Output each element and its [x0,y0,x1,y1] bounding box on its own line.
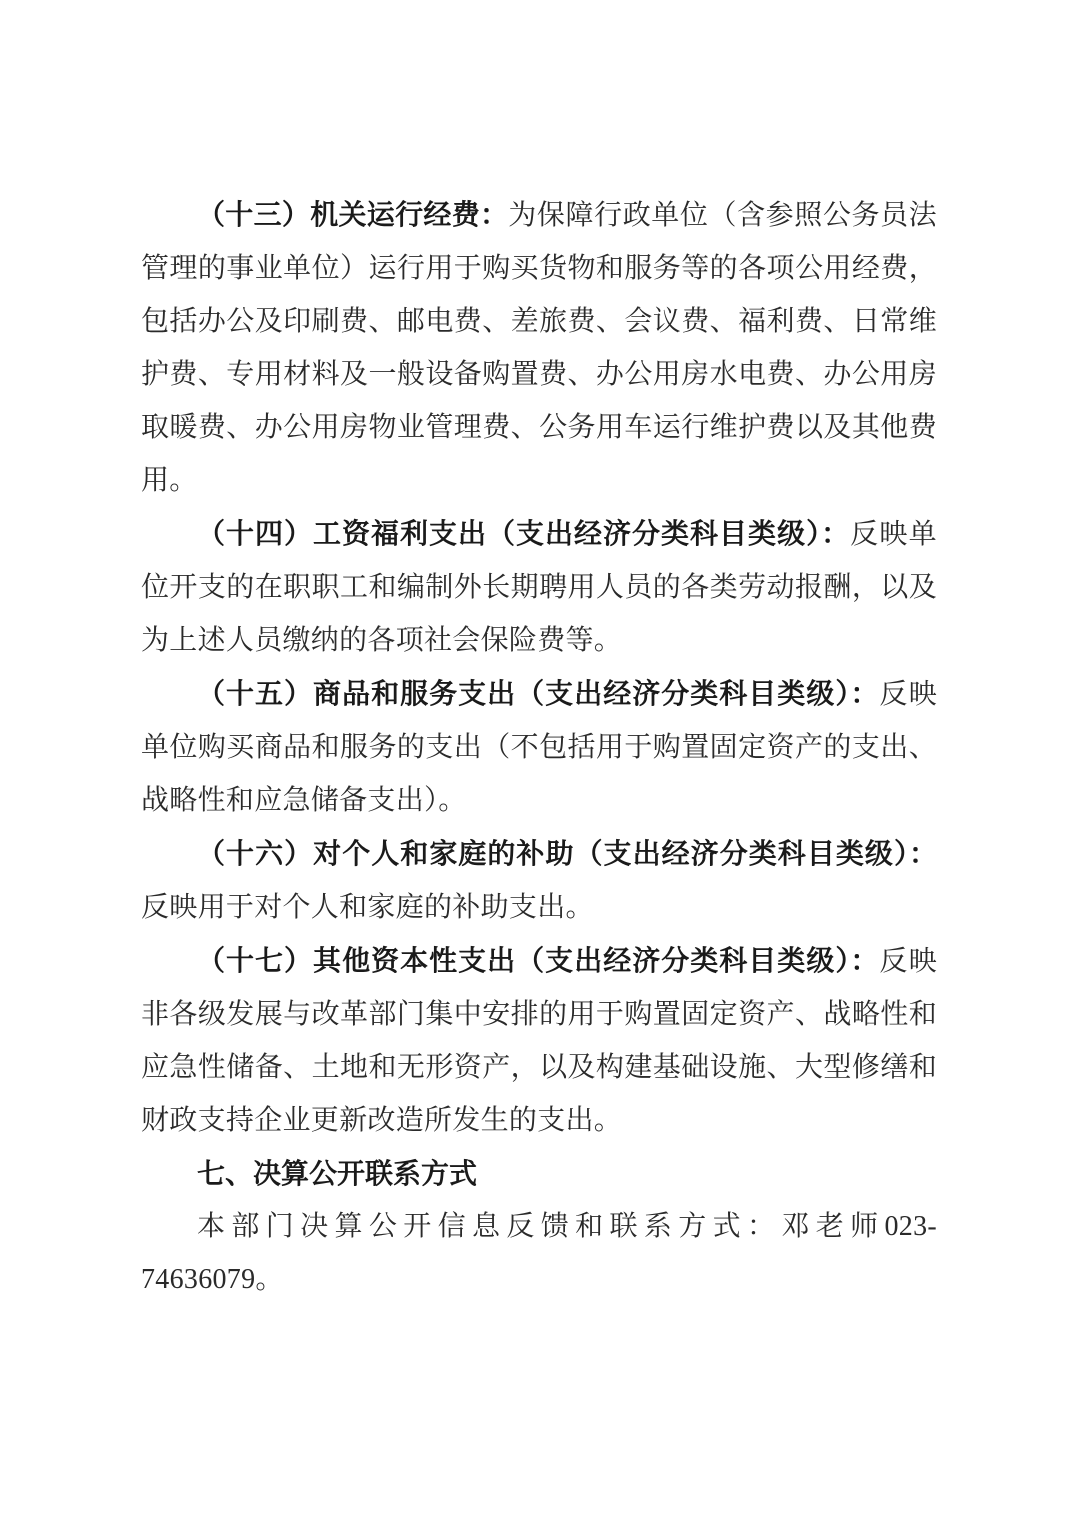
document-page: （十三）机关运行经费：为保障行政单位（含参照公务员法管理的事业单位）运行用于购买… [0,0,1074,1520]
paragraph-item-13-term: （十三）机关运行经费： [197,199,508,230]
paragraph-item-17: （十七）其他资本性支出（支出经济分类科目类级）：反映非各级发展与改革部门集中安排… [141,934,937,1147]
paragraph-item-14: （十四）工资福利支出（支出经济分类科目类级）：反映单位开支的在职职工和编制外长期… [141,507,937,667]
paragraph-item-15: （十五）商品和服务支出（支出经济分类科目类级）：反映单位购买商品和服务的支出（不… [141,667,937,827]
contact-paragraph: 本部门决算公开信息反馈和联系方式：邓老师023-74636079。 [141,1200,937,1306]
section-heading: 七、决算公开联系方式 [141,1147,937,1200]
document-content: （十三）机关运行经费：为保障行政单位（含参照公务员法管理的事业单位）运行用于购买… [141,188,937,1306]
paragraph-item-16: （十六）对个人和家庭的补助（支出经济分类科目类级）：反映用于对个人和家庭的补助支… [141,827,937,934]
paragraph-item-13-text: 为保障行政单位（含参照公务员法管理的事业单位）运行用于购买货物和服务等的各项公用… [141,200,937,496]
contact-period: 。 [255,1264,283,1295]
paragraph-item-17-term: （十七）其他资本性支出（支出经济分类科目类级）： [197,945,879,976]
paragraph-item-16-text: 反映用于对个人和家庭的补助支出。 [141,892,594,923]
paragraph-item-15-term: （十五）商品和服务支出（支出经济分类科目类级）： [197,678,879,709]
paragraph-item-16-term: （十六）对个人和家庭的补助（支出经济分类科目类级）： [197,838,937,869]
contact-text: 本部门决算公开信息反馈和联系方式：邓老师 [197,1211,884,1242]
paragraph-item-13: （十三）机关运行经费：为保障行政单位（含参照公务员法管理的事业单位）运行用于购买… [141,188,937,507]
paragraph-item-14-term: （十四）工资福利支出（支出经济分类科目类级）： [197,518,850,549]
